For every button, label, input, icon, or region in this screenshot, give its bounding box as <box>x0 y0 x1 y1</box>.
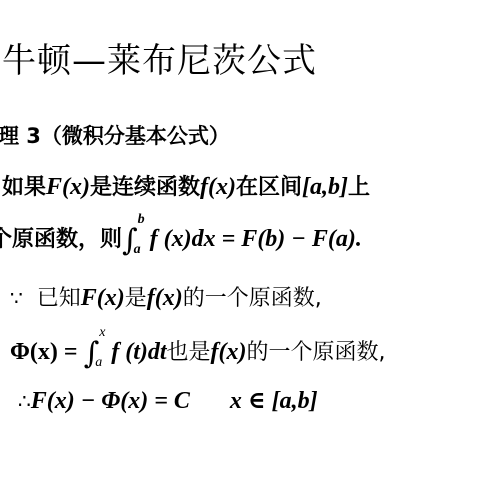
math: f (t)dt <box>111 339 166 365</box>
math: f(x) <box>211 339 247 365</box>
therefore-icon: ∴ <box>18 389 31 413</box>
text: 的一个原函数, <box>183 286 322 311</box>
text: 也是 <box>167 340 211 365</box>
proof-line-3: ∴F(x) − Φ(x) = Cx ∈ [a,b] <box>18 389 318 413</box>
formula: f (x)dx = F(b) − F(a). <box>150 226 362 252</box>
text: 已知 <box>37 286 81 311</box>
slide-title: 牛顿—莱布尼茨公式 <box>2 44 317 78</box>
upper-limit: b <box>138 213 145 227</box>
upper-limit: x <box>99 326 105 340</box>
theorem-statement-line-1: 如果F(x)是连续函数f(x)在区间[a,b]上 <box>2 175 370 199</box>
math: F(x) <box>81 285 125 311</box>
text: 在区间 <box>236 175 302 200</box>
theorem-statement-line-2: 个原函数，则∫baf (x)dx = F(b) − F(a). <box>0 222 362 255</box>
math: (x) <box>62 174 90 200</box>
text: 是 <box>125 286 147 311</box>
integral-limits: ba <box>138 225 150 255</box>
math: f <box>200 174 208 200</box>
theorem-heading: 理 3（微积分基本公式） <box>0 126 230 147</box>
math: [a,b] <box>302 174 348 200</box>
integral-limits: xa <box>99 338 111 368</box>
lower-limit: a <box>95 356 102 370</box>
math: f(x) <box>147 285 183 311</box>
math: x ∈ [a,b] <box>230 388 318 414</box>
text: 个原函数，则 <box>0 227 122 252</box>
text: 的一个原函数, <box>247 340 386 365</box>
lower-limit: a <box>134 243 141 257</box>
math: F <box>46 174 62 200</box>
proof-line-2: Φ(x) = ∫xaf (t)dt也是f(x)的一个原函数, <box>10 335 386 368</box>
text: 上 <box>348 175 370 200</box>
math: F(x) − Φ(x) = C <box>31 388 190 414</box>
proof-line-1: ∵ 已知F(x)是f(x)的一个原函数, <box>10 286 322 310</box>
because-icon: ∵ <box>10 286 23 310</box>
math: Φ(x) = <box>10 339 84 365</box>
text: 如果 <box>2 175 46 200</box>
text: 是连续函数 <box>90 175 200 200</box>
math: (x) <box>208 174 236 200</box>
